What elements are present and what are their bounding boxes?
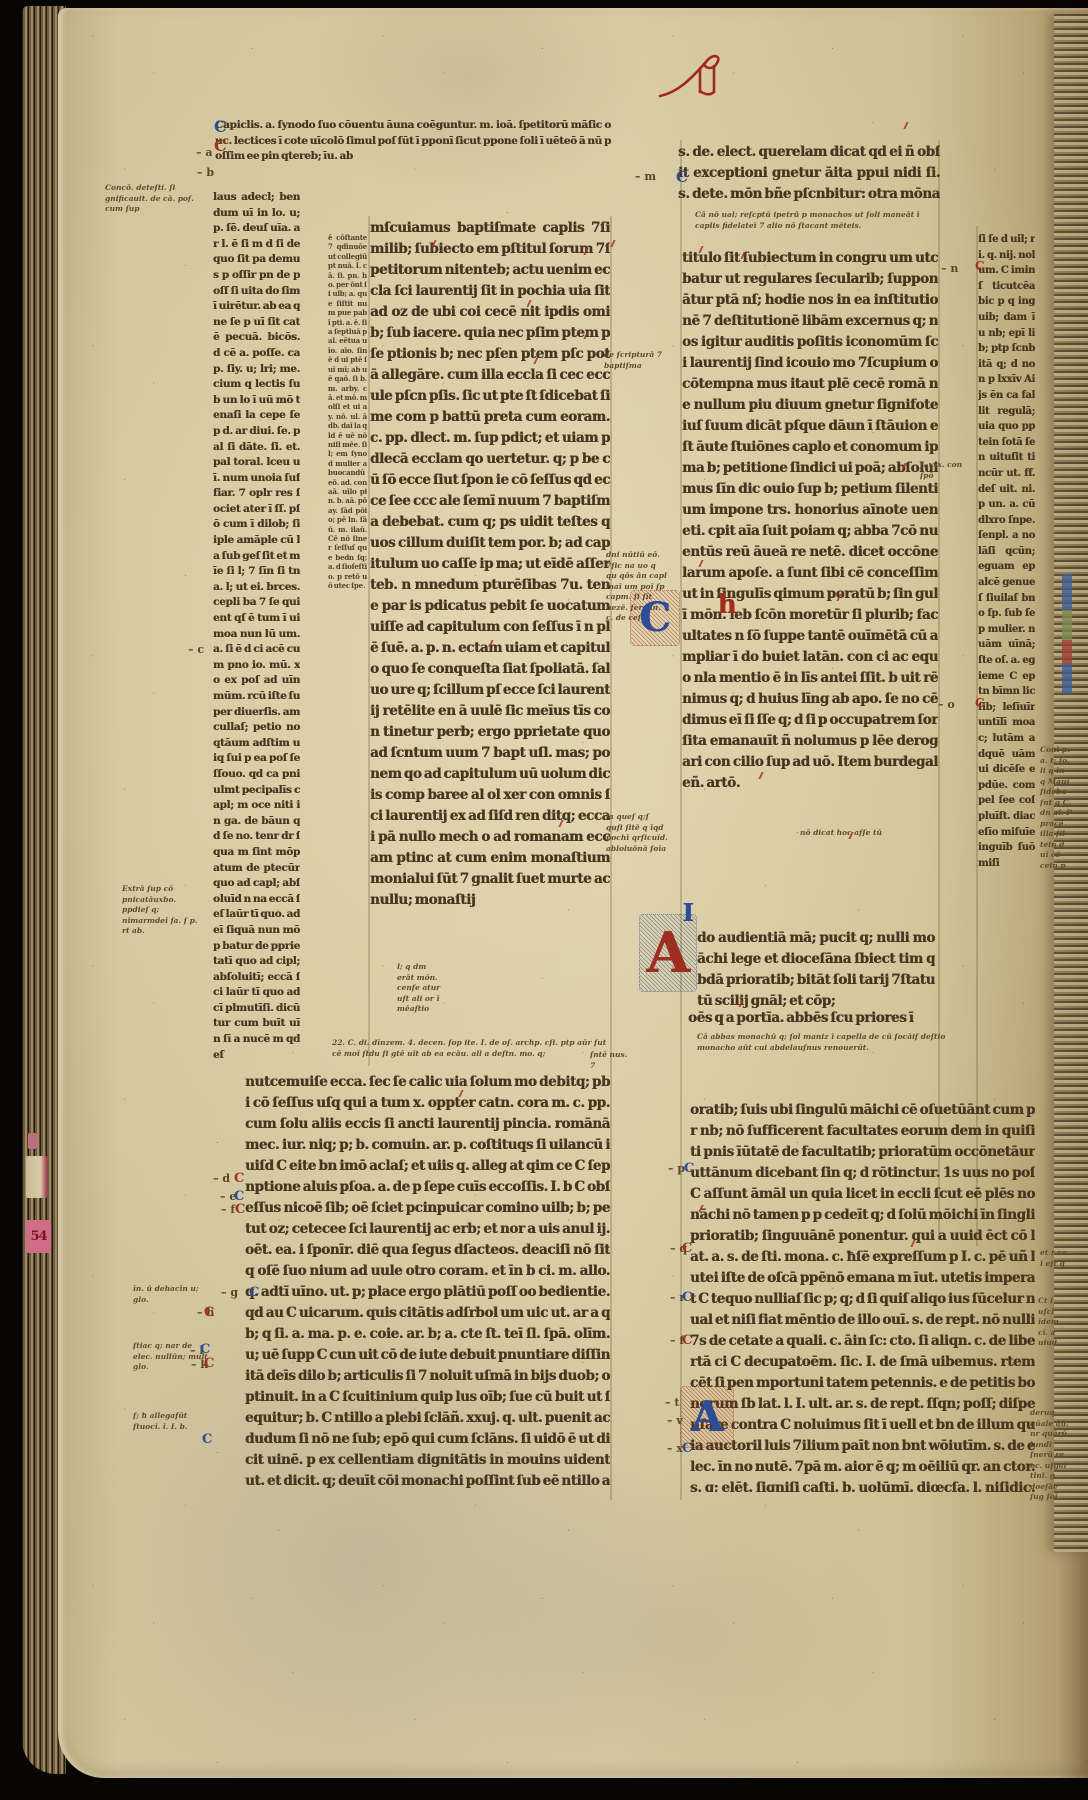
- margin-letter-p: – p: [668, 1162, 685, 1175]
- paraph-mark: C: [682, 1291, 692, 1304]
- lower-a-initial: A: [684, 1390, 730, 1444]
- gutter-note-snte: ſntē nus. 7: [590, 1050, 632, 1074]
- margin-letter-b: – b: [197, 166, 214, 179]
- manuscript-photo: 54 Capiclis. a. ſynodo ſuo cōuentu āuna …: [0, 0, 1088, 1800]
- paraph-mark: C: [684, 1162, 694, 1175]
- far-left-margin-note: Concō. deteſti. ſi gnificauit. de cā. po…: [105, 183, 213, 225]
- left-gloss-column: laus adecl; bendum uī in lo. u; p. ſē. d…: [213, 190, 300, 1066]
- paraph-mark: C: [214, 119, 227, 135]
- fore-edge-shadow: [1058, 1552, 1088, 1778]
- h-initial: h: [716, 590, 738, 620]
- margin-letter-o: – o: [938, 698, 955, 711]
- right-header-lines: s. de. elect. querelam dicat qd ei ñ obſ…: [678, 142, 940, 206]
- main-right-column: titulo ſit ſubiectum in congru um utcbat…: [682, 248, 938, 926]
- margin-letter-t: – t: [665, 1396, 679, 1409]
- gutter-note-laques: la queſ q;ſ quſi ſitē q īqd pochī qrſicu…: [606, 812, 668, 884]
- right-margin-deruq-note: deruq gūale āū. nr quārū lundī ſnerū re …: [1030, 1408, 1074, 1533]
- ruling-line: [938, 140, 940, 1240]
- paraph-mark: C: [975, 697, 985, 709]
- paraph-mark: C: [682, 1242, 692, 1255]
- margin-letter-c: – c: [188, 643, 204, 656]
- left-column-cursive-note: 22. C. di. dīnzem. 4. decen. ſop ite. I.…: [332, 1038, 612, 1062]
- lower-right-block: oratib; ſuis ubi ſingulū māichi cē oſuet…: [690, 1100, 1035, 1492]
- quire-signature-mark: [656, 46, 736, 102]
- item-cursive-note: Cā abbas monachū q; ſol maniz ī capella …: [697, 1032, 947, 1056]
- lower-left-block: nutcemuiſe ecca. ſec ſe calic uia ſolum …: [245, 1072, 610, 1492]
- big-a-initial: A: [643, 918, 693, 988]
- paraph-mark: C: [214, 138, 227, 154]
- gutter-note-scriptura: de ſcripturā 7 baptiſma: [604, 350, 670, 374]
- initial-letter: A: [691, 1396, 724, 1438]
- item-last-line: oēs q a portīa. abbēs ſcu priores ī: [688, 1008, 938, 1029]
- left-margin-dehacin-note: īn. ū dehacīn u; glo.: [133, 1284, 205, 1308]
- margin-letter-n: – n: [941, 262, 958, 275]
- paraph-mark: C: [249, 1286, 259, 1299]
- paraph-mark: C: [234, 1172, 244, 1185]
- right-header-note: Cā nō ual; reſcptū ipetrū p monachos ut …: [695, 210, 945, 234]
- margin-letter-g: – g: [221, 1286, 238, 1299]
- gloss-top-lines: Capiclis. a. ſynodo ſuo cōuentu āuna coē…: [215, 118, 611, 182]
- paraph-mark: C: [204, 1306, 214, 1319]
- right-margin-coni-note: Conī p. a. t; ſo. li q īn q Mauī ſideba …: [1040, 745, 1072, 895]
- right-margin-etr-note: et r ca. ī eſt q: [1040, 1248, 1070, 1284]
- paraph-mark: C: [202, 1433, 212, 1446]
- left-margin-extra-note: Extrā ſup cō pnicatāuxbo. ppdieſ q; nīma…: [122, 884, 204, 946]
- outer-gloss-sliver: ſi ſe d uil; ri. q. nij. nolum. C iminſ …: [978, 232, 1035, 1077]
- paraph-mark: C: [676, 170, 688, 185]
- right-margin-cti-note: Ct ī uſcl īdem cī. a uiud: [1038, 1296, 1070, 1354]
- initial-letter: C: [639, 598, 671, 638]
- paraph-mark: C: [200, 1343, 210, 1356]
- margin-letter-f: – f: [221, 1203, 235, 1216]
- bookmark-tab-parchment: [26, 1156, 47, 1198]
- paraph-mark: C: [204, 1357, 214, 1370]
- mini-gloss-note: l; q dm erāt mōn. cenſe atur uſt ali or …: [397, 962, 445, 1040]
- item-indented-lines: do audientiā mā; pucit q; nulli moāchi l…: [697, 928, 935, 1012]
- margin-letter-m: – m: [635, 170, 656, 183]
- initial-letter: h: [718, 592, 737, 618]
- fore-edge-illumination: [1062, 574, 1072, 694]
- margin-note-fxxx: ƒ. xxx. con ſpō: [920, 460, 968, 484]
- paraph-mark: C: [235, 1203, 245, 1216]
- bookmark-tab-small: [28, 1133, 37, 1149]
- paraph-mark: C: [975, 260, 985, 272]
- margin-letter-a: – a: [196, 146, 212, 159]
- inner-gloss-column: ē cōſtante 7 qdīnuōe ut collegiū pt nuā.…: [328, 233, 367, 698]
- honorius-c-initial: C: [634, 594, 676, 642]
- initial-letter: A: [646, 925, 689, 981]
- paraph-mark: C: [682, 1334, 692, 1347]
- main-left-column: mſcuiamus baptiſmate caplis 7ſimilib; ſu…: [370, 218, 610, 1036]
- bookmark-tab-pink: 54: [26, 1220, 51, 1253]
- margin-letter-d: – d: [213, 1172, 230, 1185]
- left-margin-alleg-note: ſ; ħ allegaſūt ſtuocī. ī. I. b.: [133, 1411, 213, 1447]
